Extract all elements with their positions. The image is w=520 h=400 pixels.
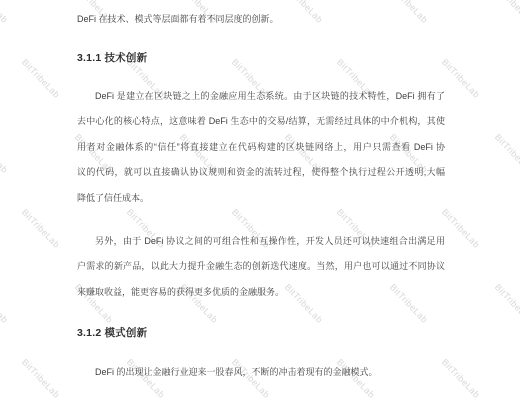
paragraph-line: 另外，由于 DeFi 协议之间的可组合性和互操作性，开发人员还可以快速组合出满足… (77, 229, 445, 255)
paragraph-3: DeFi 的出现让金融行业迎来一股春风，不断的冲击着现有的金融模式。 (77, 360, 445, 386)
watermark-text: BitTribeLab (0, 0, 10, 25)
watermark-text: BitTribeLab (20, 357, 62, 400)
paragraph-line: 去中心化的核心特点，这意味着 DeFi 生态中的交易/结算，无需经过具体的中介机… (77, 109, 445, 135)
paragraph-line: 降低了信任成本。 (77, 186, 445, 212)
section-heading-3-1-1: 3.1.1 技术创新 (77, 46, 445, 72)
document-page: BitTribeLabBitTribeLabBitTribeLabBitTrib… (0, 0, 520, 400)
paragraph-line: DeFi 是建立在区块链之上的金融应用生态系统。由于区块链的技术特性，DeFi … (77, 84, 445, 110)
paragraph-line: 用者对金融体系的“信任”将直接建立在代码构建的区块链网络上，用户只需查看 DeF… (77, 135, 445, 161)
watermark-text: BitTribeLab (493, 0, 520, 25)
watermark-text: BitTribeLab (20, 207, 62, 250)
watermark-text: BitTribeLab (493, 132, 520, 175)
watermark-text: BitTribeLab (493, 282, 520, 325)
watermark-text: BitTribeLab (0, 132, 10, 175)
watermark-text: BitTribeLab (20, 57, 62, 100)
watermark-text: BitTribeLab (440, 57, 482, 100)
paragraph-line: 来赚取收益，能更容易的获得更多优质的金融服务。 (77, 280, 445, 306)
section-heading-3-1-2: 3.1.2 模式创新 (77, 321, 445, 347)
paragraph-line: DeFi 的出现让金融行业迎来一股春风，不断的冲击着现有的金融模式。 (77, 360, 445, 386)
intro-paragraph-line: DeFi 在技术、模式等层面都有着不同层度的创新。 (77, 7, 445, 33)
watermark-text: BitTribeLab (440, 357, 482, 400)
watermark-text: BitTribeLab (0, 282, 10, 325)
paragraph-line: 户需求的新产品，以此大力提升金融生态的创新迭代速度。当然，用户也可以通过不同协议 (77, 254, 445, 280)
paragraph-1: DeFi 是建立在区块链之上的金融应用生态系统。由于区块链的技术特性，DeFi … (77, 84, 445, 212)
watermark-text: BitTribeLab (440, 207, 482, 250)
paragraph-2: 另外，由于 DeFi 协议之间的可组合性和互操作性，开发人员还可以快速组合出满足… (77, 229, 445, 306)
paragraph-line: 议的代码，就可以直接确认协议规则和资金的流转过程，使得整个执行过程公开透明,大幅 (77, 160, 445, 186)
